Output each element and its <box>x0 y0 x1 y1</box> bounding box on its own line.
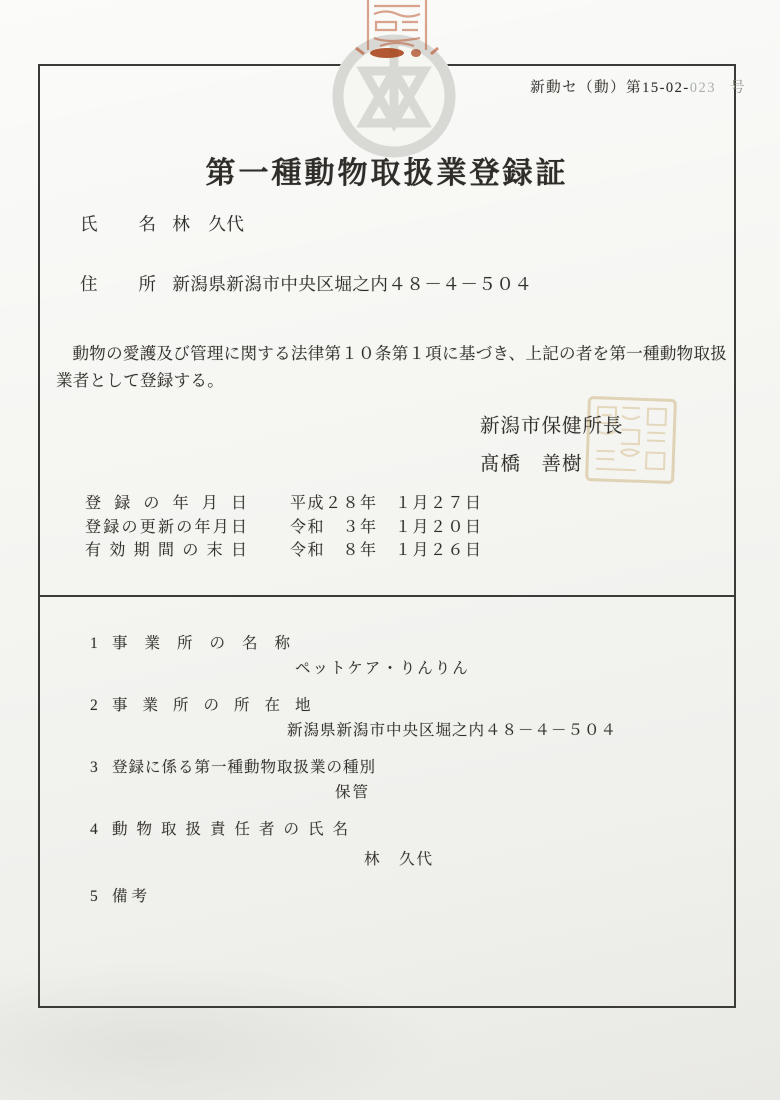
registration-date-row: 登録の年月日 平成２８年 １月２７日 <box>85 492 483 516</box>
item-label: 事業所の所在地 <box>112 697 326 714</box>
item-value: ペットケア・りんりん <box>295 657 716 681</box>
date-label: 登録の年月日 <box>85 492 247 516</box>
item-label: 事業所の名称 <box>112 635 307 652</box>
item-label: 備考 <box>112 888 151 905</box>
item-responsible-person: 4動物取扱責任者の氏名 林 久代 <box>90 818 716 872</box>
item-number: 1 <box>90 632 101 656</box>
item-business-category: 3登録に係る第一種動物取扱業の種別 保管 <box>90 756 716 805</box>
name-value: 林 久代 <box>172 214 244 234</box>
doc-number-suffix: 号 <box>730 80 746 96</box>
certificate-title: 第一種動物取扱業登録証 <box>40 148 734 192</box>
registrant-name-row: 氏名 林 久代 <box>80 211 244 236</box>
item-value: 新潟県新潟市中央区堀之内４８－４－５０４ <box>287 719 716 743</box>
section-divider <box>38 595 736 597</box>
item-value: 保管 <box>335 781 716 805</box>
items-section: 1事業所の名称 ペットケア・りんりん 2事業所の所在地 新潟県新潟市中央区堀之内… <box>90 626 716 922</box>
doc-number: 新動セ（動）第15-02-023号 <box>530 76 746 97</box>
renewal-date-row: 登録の更新の年月日 令和 ３年 １月２０日 <box>85 516 483 540</box>
address-value: 新潟県新潟市中央区堀之内４８－４－５０４ <box>172 274 532 294</box>
certificate-frame: 新動セ（動）第15-02-023号 第一種動物取扱業登録証 氏名 林 久代 住所… <box>38 64 736 1008</box>
scanned-paper: 新動セ（動）第15-02-023号 第一種動物取扱業登録証 氏名 林 久代 住所… <box>0 0 780 1100</box>
doc-number-prefix: 新動セ（動）第15-02- <box>530 80 690 96</box>
date-label: 有効期間の末日 <box>85 539 247 563</box>
item-number: 3 <box>90 756 101 780</box>
doc-number-faded: 023 <box>690 80 716 96</box>
date-value: 平成２８年 １月２７日 <box>290 492 483 516</box>
issuer-name: 髙橋 善樹 <box>480 446 624 484</box>
date-label: 登録の更新の年月日 <box>85 516 247 540</box>
date-value: 令和 ８年 １月２６日 <box>290 539 483 563</box>
date-value: 令和 ３年 １月２０日 <box>290 516 483 540</box>
dates-block: 登録の年月日 平成２８年 １月２７日 登録の更新の年月日 令和 ３年 １月２０日… <box>85 492 483 563</box>
item-number: 2 <box>90 694 101 718</box>
item-remarks: 5備考 <box>90 885 716 909</box>
item-label: 登録に係る第一種動物取扱業の種別 <box>112 759 376 776</box>
item-number: 5 <box>90 885 101 909</box>
red-registration-seal-icon <box>354 0 440 62</box>
name-label: 氏名 <box>80 211 156 236</box>
issuer-block: 新潟市保健所長 髙橋 善樹 <box>480 408 624 484</box>
item-business-name: 1事業所の名称 ペットケア・りんりん <box>90 632 716 681</box>
address-label: 住所 <box>80 271 156 296</box>
registration-statement: 動物の愛護及び管理に関する法律第１０条第１項に基づき、上記の者を第一種動物取扱業… <box>56 340 732 394</box>
registrant-address-row: 住所 新潟県新潟市中央区堀之内４８－４－５０４ <box>80 271 532 296</box>
item-number: 4 <box>90 818 101 842</box>
issuer-title: 新潟市保健所長 <box>480 408 624 446</box>
item-business-address: 2事業所の所在地 新潟県新潟市中央区堀之内４８－４－５０４ <box>90 694 716 743</box>
item-value: 林 久代 <box>364 848 716 872</box>
item-label: 動物取扱責任者の氏名 <box>112 821 357 838</box>
expiry-date-row: 有効期間の末日 令和 ８年 １月２６日 <box>85 539 483 563</box>
